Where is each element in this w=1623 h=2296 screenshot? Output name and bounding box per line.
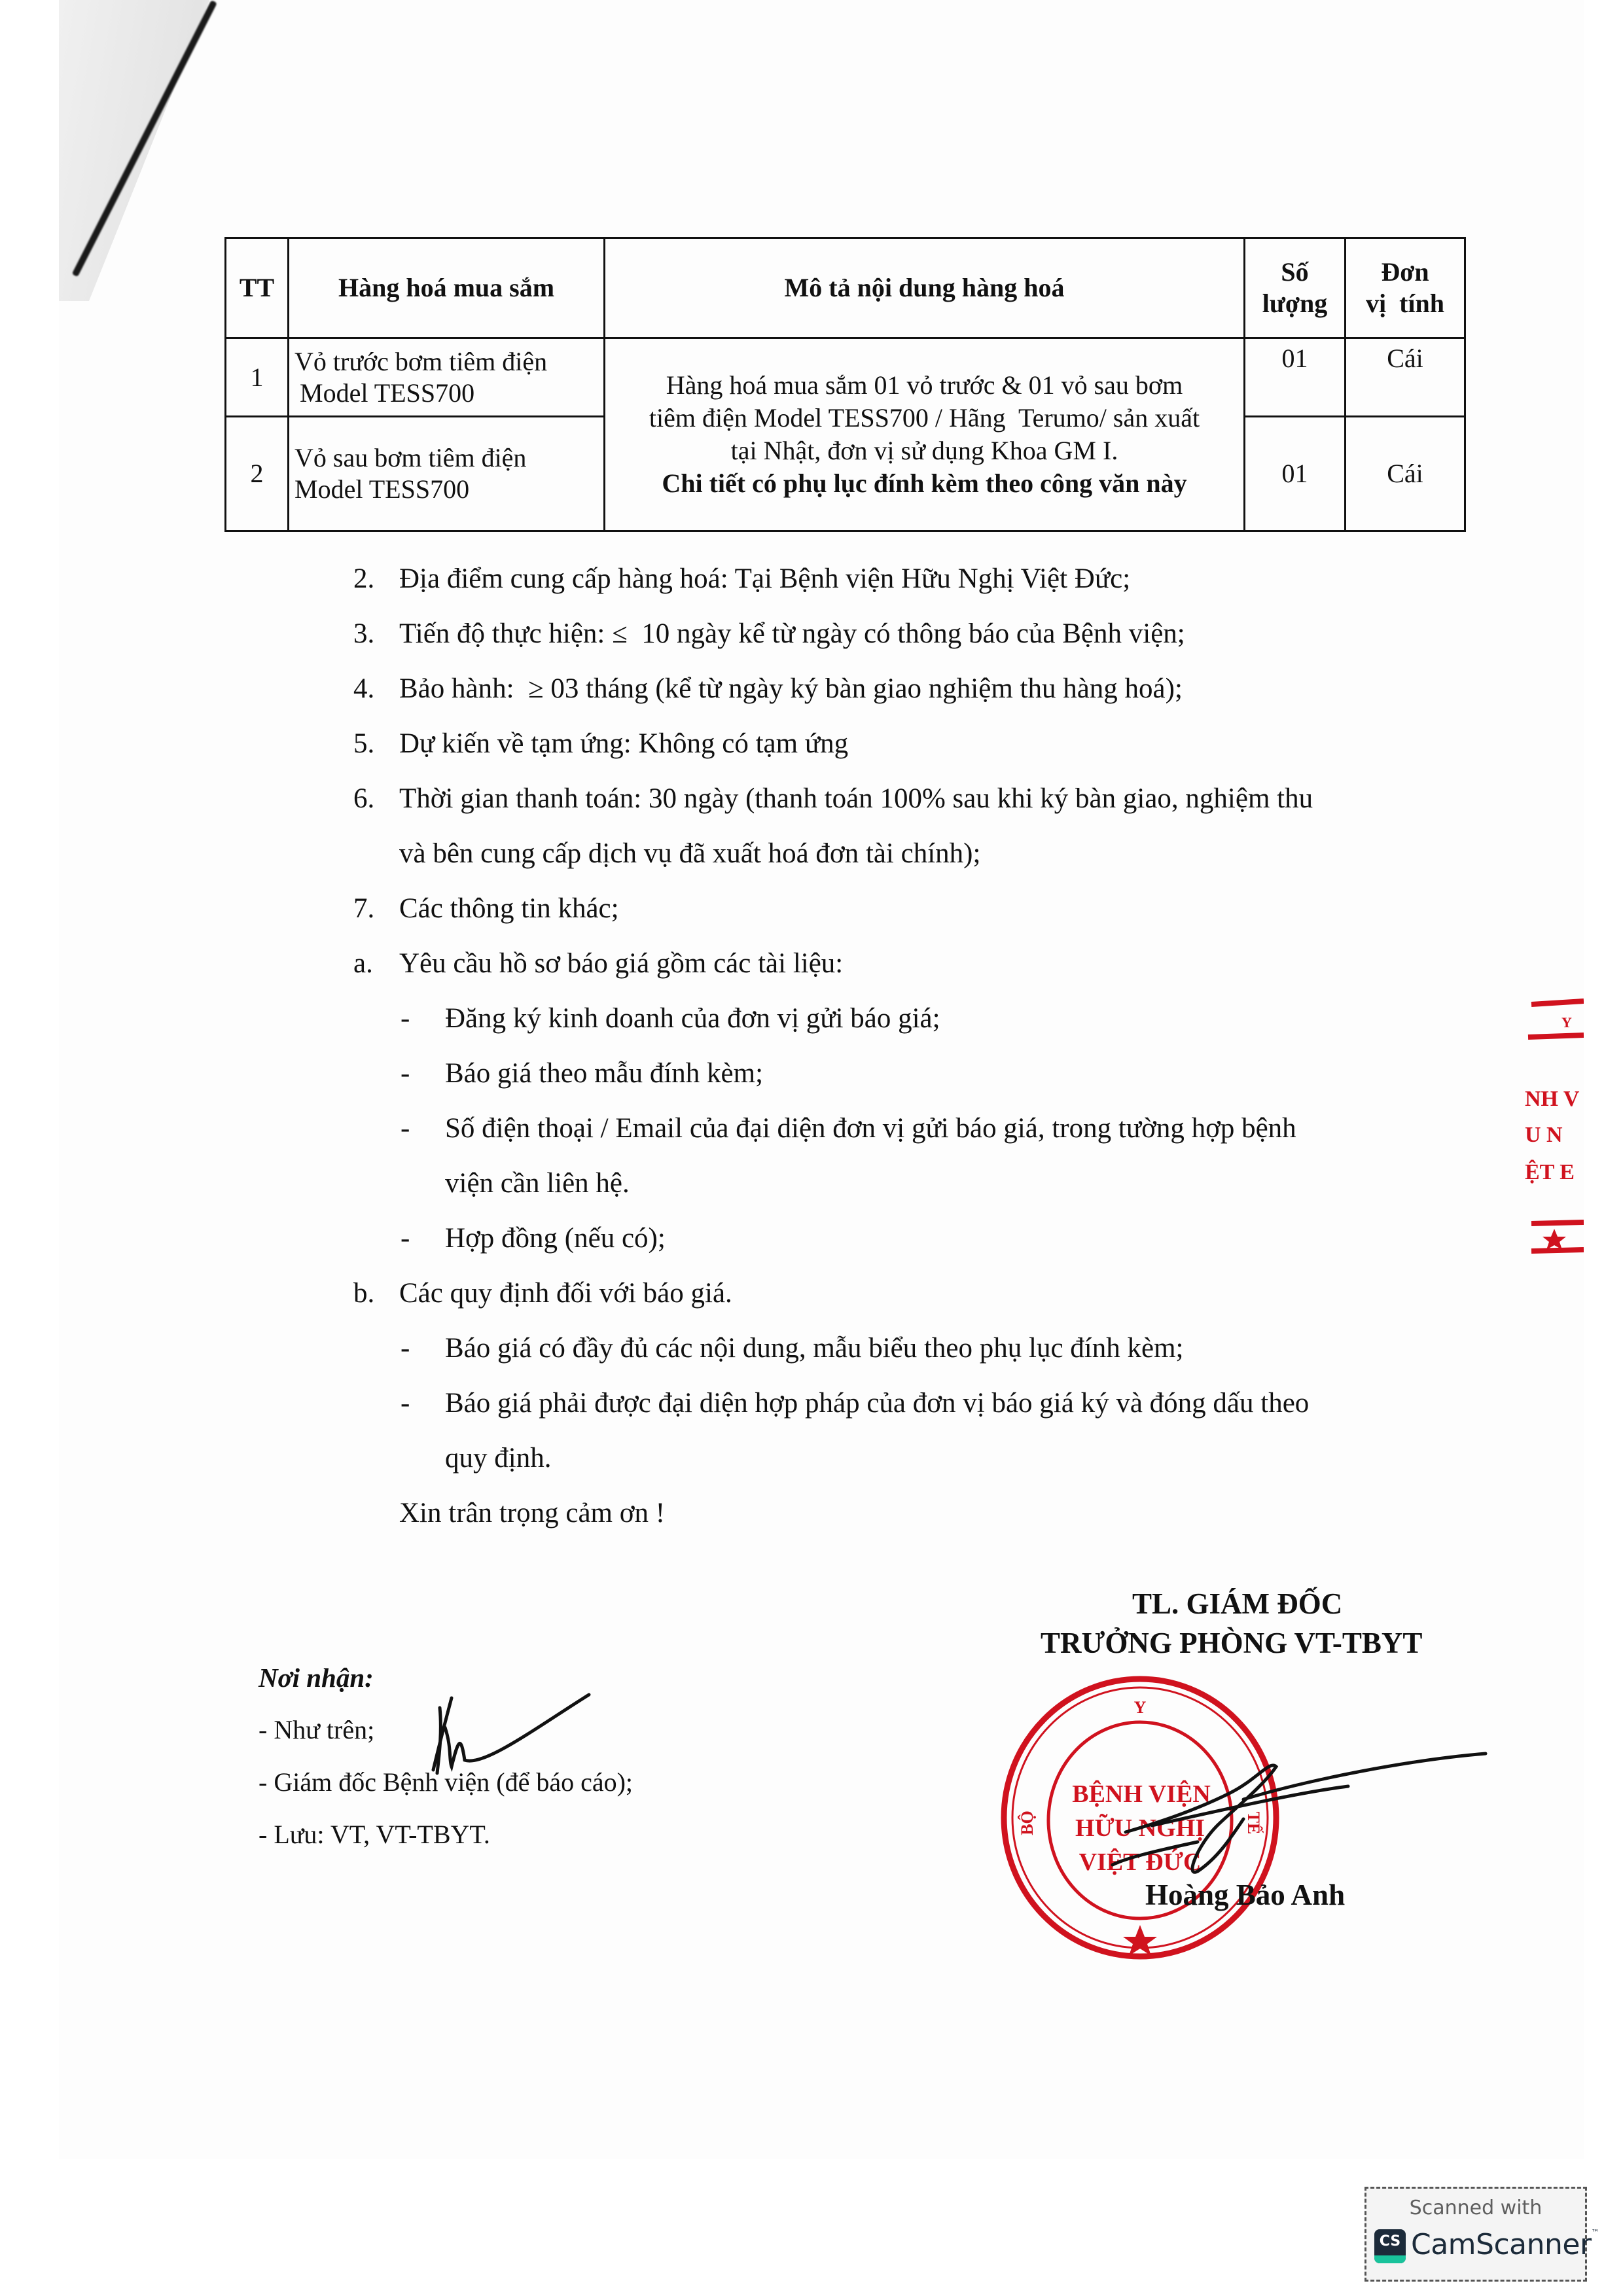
closing-text: Xin trân trọng cảm ơn !: [399, 1497, 665, 1529]
item-number: 6.: [353, 783, 399, 815]
side-stamp-star-icon: [1543, 1229, 1566, 1250]
goods-line: Model TESS700: [294, 474, 469, 504]
trademark: ™: [1592, 2228, 1599, 2237]
bullet-dash: -: [401, 1057, 410, 1089]
bullet-text: Báo giá theo mẫu đính kèm;: [445, 1057, 763, 1089]
item-text: Các thông tin khác;: [399, 893, 619, 924]
stamp-line-3: VIỆT ĐỨC: [1079, 1848, 1202, 1876]
item-number: 5.: [353, 728, 399, 760]
bullet-text: Báo giá phải được đại diện hợp pháp của …: [445, 1387, 1309, 1419]
signature-title-2: TRƯỞNG PHÒNG VT-TBYT: [1041, 1626, 1422, 1660]
header-unit-l1: Đơn: [1381, 257, 1429, 287]
list-item: 5.Dự kiến về tạm ứng: Không có tạm ứng: [353, 728, 848, 760]
row-description: Hàng hoá mua sắm 01 vỏ trước & 01 vỏ sau…: [605, 338, 1245, 531]
header-unit: Đơn vị tính: [1346, 238, 1465, 338]
scanned-with-label: Scanned with: [1366, 2197, 1585, 2219]
stamp-star-icon: [1123, 1925, 1157, 1956]
header-description: Mô tả nội dung hàng hoá: [605, 238, 1245, 338]
item-text: Dự kiến về tạm ứng: Không có tạm ứng: [399, 728, 848, 759]
goods-table: TT Hàng hoá mua sắm Mô tả nội dung hàng …: [224, 237, 1466, 532]
app-name: CamScanner: [1411, 2228, 1592, 2261]
header-quantity-l2: lượng: [1262, 289, 1328, 318]
row-goods: Vỏ trước bơm tiêm điện Model TESS700: [289, 338, 605, 417]
table-row: 1 Vỏ trước bơm tiêm điện Model TESS700 H…: [226, 338, 1465, 417]
item-text: Bảo hành: ≥ 03 tháng (kể từ ngày ký bàn …: [399, 673, 1183, 704]
description-line: tiêm điện Model TESS700 / Hãng Terumo/ s…: [605, 402, 1243, 434]
bullet-dash: -: [401, 1002, 410, 1034]
signature-title-1: TL. GIÁM ĐỐC: [1132, 1587, 1342, 1621]
section-label: b.: [353, 1277, 399, 1309]
list-item: 4.Bảo hành: ≥ 03 tháng (kể từ ngày ký bà…: [353, 673, 1183, 705]
item-text: Thời gian thanh toán: 30 ngày (thanh toá…: [399, 783, 1313, 814]
section-title: Yêu cầu hồ sơ báo giá gồm các tài liệu:: [399, 948, 843, 979]
recipient-line: - Giám đốc Bệnh viện (để báo cáo);: [259, 1767, 633, 1797]
bullet-dash: -: [401, 1387, 410, 1419]
camscanner-name: CamScanner™: [1411, 2228, 1599, 2261]
bullet-text: Báo giá có đầy đủ các nội dung, mẫu biểu…: [445, 1332, 1183, 1364]
stamp-right-arc: TẾ: [1244, 1812, 1263, 1835]
bullet-text: quy định.: [445, 1442, 551, 1474]
recipient-line: - Lưu: VT, VT-TBYT.: [259, 1819, 490, 1850]
list-item: 2.Địa điểm cung cấp hàng hoá: Tại Bệnh v…: [353, 563, 1130, 595]
bullet-dash: -: [401, 1112, 410, 1144]
hospital-stamp: BỆNH VIỆN HỮU NGHỊ VIỆT ĐỨC Y BỘ TẾ: [995, 1669, 1289, 1963]
item-text: Tiến độ thực hiện: ≤ 10 ngày kể từ ngày …: [399, 618, 1185, 649]
bullet-text: Số điện thoại / Email của đại diện đơn v…: [445, 1112, 1296, 1144]
row-unit: Cái: [1346, 417, 1465, 531]
header-quantity-l1: Số: [1281, 257, 1308, 287]
row-tt: 1: [226, 338, 289, 417]
goods-line: Model TESS700: [294, 378, 474, 408]
stamp-line-2: HỮU NGHỊ: [1075, 1813, 1205, 1842]
section-a-heading: a.Yêu cầu hồ sơ báo giá gồm các tài liệu…: [353, 947, 843, 980]
bullet-text: Hợp đồng (nếu có);: [445, 1222, 666, 1254]
item-number: 4.: [353, 673, 399, 705]
side-stamp-text: Y: [1561, 1014, 1572, 1031]
recipient-line: - Như trên;: [259, 1714, 374, 1745]
section-label: a.: [353, 947, 399, 980]
stamp-top-mark: Y: [1134, 1698, 1147, 1717]
table-header-row: TT Hàng hoá mua sắm Mô tả nội dung hàng …: [226, 238, 1465, 338]
list-item-continuation: và bên cung cấp dịch vụ đã xuất hoá đơn …: [399, 838, 980, 870]
goods-line: Vỏ trước bơm tiêm điện: [294, 347, 547, 376]
row-tt: 2: [226, 417, 289, 531]
list-item: 3.Tiến độ thực hiện: ≤ 10 ngày kể từ ngà…: [353, 618, 1185, 650]
item-number: 7.: [353, 892, 399, 925]
description-line: tại Nhật, đơn vị sử dụng Khoa GM I.: [605, 434, 1243, 467]
stamp-left-arc: BỘ: [1018, 1810, 1037, 1835]
bullet-dash: -: [401, 1222, 410, 1254]
list-item: 7.Các thông tin khác;: [353, 892, 619, 925]
recipients-title: Nơi nhận:: [259, 1662, 374, 1693]
goods-line: Vỏ sau bơm tiêm điện: [294, 443, 526, 472]
bullet-text: Đăng ký kinh doanh của đơn vị gửi báo gi…: [445, 1002, 940, 1034]
item-text: Địa điểm cung cấp hàng hoá: Tại Bệnh việ…: [399, 563, 1130, 594]
section-title: Các quy định đối với báo giá.: [399, 1278, 732, 1309]
description-bold-line: Chi tiết có phụ lục đính kèm theo công v…: [605, 467, 1243, 500]
side-stamp-fragment: Y NH V U N ỆT E: [1505, 975, 1584, 1263]
list-item: 6.Thời gian thanh toán: 30 ngày (thanh t…: [353, 783, 1313, 815]
row-quantity: 01: [1245, 417, 1346, 531]
row-goods: Vỏ sau bơm tiêm điện Model TESS700: [289, 417, 605, 531]
camscanner-logo-icon: CS: [1374, 2229, 1406, 2263]
item-number: 2.: [353, 563, 399, 595]
item-number: 3.: [353, 618, 399, 650]
side-stamp-text: ỆT E: [1525, 1159, 1575, 1184]
side-stamp-text: U N: [1525, 1123, 1563, 1147]
header-unit-l2: vị tính: [1366, 289, 1444, 318]
bullet-text: viện cần liên hệ.: [445, 1167, 630, 1199]
logo-text: CS: [1374, 2233, 1406, 2250]
header-quantity: Số lượng: [1245, 238, 1346, 338]
header-goods: Hàng hoá mua sắm: [289, 238, 605, 338]
stamp-line-1: BỆNH VIỆN: [1072, 1780, 1211, 1808]
description-line: Hàng hoá mua sắm 01 vỏ trước & 01 vỏ sau…: [605, 369, 1243, 402]
camscanner-watermark: Scanned with CS CamScanner™: [1364, 2187, 1587, 2282]
side-stamp-text: NH V: [1525, 1087, 1580, 1111]
bullet-dash: -: [401, 1332, 410, 1364]
row-quantity: 01: [1245, 338, 1346, 417]
header-tt: TT: [226, 238, 289, 338]
row-unit: Cái: [1346, 338, 1465, 417]
section-b-heading: b.Các quy định đối với báo giá.: [353, 1277, 732, 1309]
signer-name: Hoàng Bảo Anh: [1145, 1878, 1345, 1912]
